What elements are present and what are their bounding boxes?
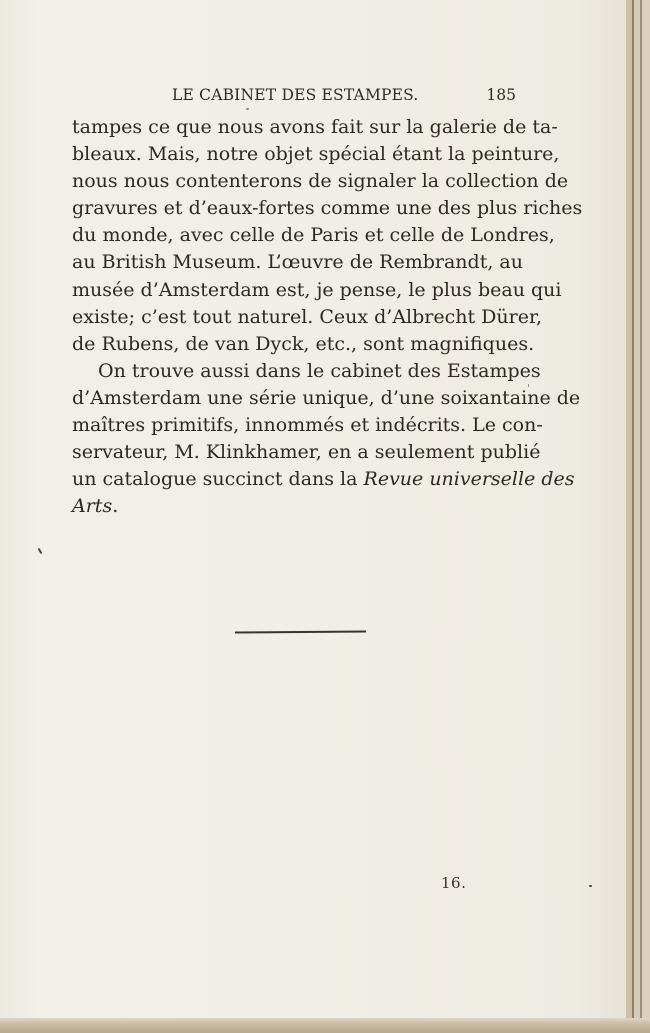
text-line: maîtres primitifs, innommés et indécrits…: [72, 412, 517, 439]
paper-speck: [246, 108, 249, 110]
text-line: tampes ce que nous avons fait sur la gal…: [72, 114, 517, 141]
text-line: servateur, M. Klinkhamer, en a seulement…: [72, 439, 517, 466]
journal-title-italic-end: Arts: [72, 495, 112, 517]
text-line: gravures et d’eaux-fortes comme une des …: [72, 195, 517, 222]
page-bottom-edge: [0, 1018, 650, 1033]
text-line: Arts.: [72, 493, 517, 520]
text-line: nous nous contenterons de signaler la co…: [72, 168, 517, 195]
text-line: au British Museum. L’œuvre de Rembrandt,…: [72, 249, 517, 276]
paper-speck: [38, 548, 43, 554]
page-number: 185: [486, 86, 516, 104]
signature-mark: 16.: [441, 874, 466, 892]
text-line: du monde, avec celle de Paris et celle d…: [72, 222, 517, 249]
running-head: LE CABINET DES ESTAMPES. 185: [172, 86, 516, 110]
paper-speck: [589, 885, 592, 887]
text-line: d’Amsterdam une série unique, d’une soix…: [72, 385, 517, 412]
text-line: de Rubens, de van Dyck, etc., sont magni…: [72, 331, 517, 358]
journal-title-italic: Revue universelle des: [364, 468, 575, 490]
text-line: On trouve aussi dans le cabinet des Esta…: [72, 358, 517, 385]
page-stack-edge: [642, 0, 650, 1033]
book-page: LE CABINET DES ESTAMPES. 185 tampes ce q…: [0, 0, 626, 1022]
text-line: bleaux. Mais, notre objet spécial étant …: [72, 141, 517, 168]
text-line: un catalogue succinct dans la Revue univ…: [72, 466, 517, 493]
text-roman: .: [112, 495, 118, 517]
text-roman: un catalogue succinct dans la: [72, 468, 364, 490]
text-line: musée d’Amsterdam est, je pense, le plus…: [72, 277, 517, 304]
text-line: existe; c’est tout naturel. Ceux d’Albre…: [72, 304, 517, 331]
section-end-rule: [235, 631, 366, 633]
body-text: tampes ce que nous avons fait sur la gal…: [72, 114, 517, 520]
paper-speck: [528, 384, 529, 387]
paragraph-2: On trouve aussi dans le cabinet des Esta…: [72, 358, 517, 521]
paragraph-1: tampes ce que nous avons fait sur la gal…: [72, 114, 517, 358]
running-head-title: LE CABINET DES ESTAMPES.: [172, 86, 419, 104]
